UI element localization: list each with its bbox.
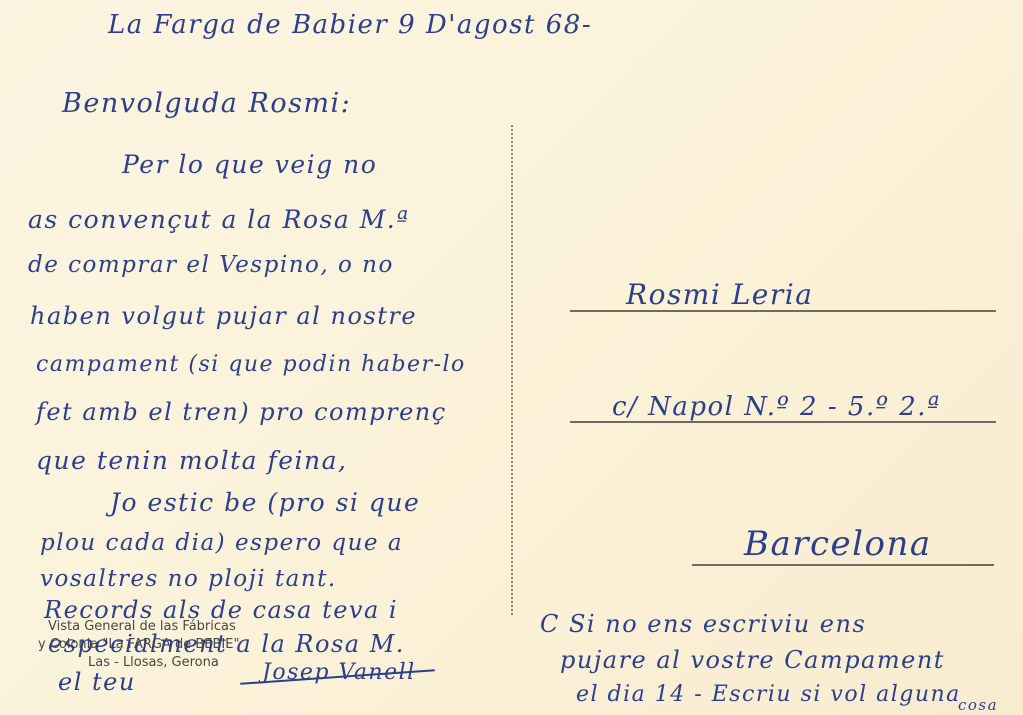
- address-street: c/ Napol N.º 2 - 5.º 2.ª: [612, 392, 941, 422]
- place-date: La Farga de Babier 9 D'agost 68-: [108, 10, 592, 40]
- body-line: que tenin molta feina,: [36, 446, 347, 475]
- postscript-line: pujare al vostre Campament: [560, 646, 945, 674]
- postscript-line: C Si no ens escriviu ens: [540, 610, 866, 638]
- address-line-1: [570, 310, 996, 312]
- body-line: plou cada dia) espero que a: [40, 530, 403, 556]
- address-city: Barcelona: [744, 524, 932, 564]
- body-line: Per lo que veig no: [122, 150, 377, 179]
- caption-line-1: Vista General de las Fábricas: [38, 618, 298, 636]
- address-name: Rosmi Leria: [626, 278, 813, 311]
- body-line: el teu: [58, 668, 136, 696]
- address-line-3: [692, 564, 994, 566]
- body-line: as convençut a la Rosa M.ª: [28, 205, 410, 234]
- body-line: Jo estic be (pro si que: [110, 488, 420, 517]
- postscript-line: el dia 14 - Escriu si vol alguna: [576, 682, 961, 707]
- body-line: haben volgut pujar al nostre: [30, 302, 417, 330]
- postcard-back: La Farga de Babier 9 D'agost 68- Benvolg…: [0, 0, 1023, 715]
- printed-caption: Vista General de las Fábricas y Colonia …: [38, 618, 298, 672]
- caption-line-2: y Colonia "La FARGA de BEBIE": [38, 636, 298, 654]
- body-line: de comprar el Vespino, o no: [28, 252, 394, 278]
- body-line: campament (si que podin haber-lo: [36, 352, 466, 377]
- greeting: Benvolguda Rosmi:: [62, 88, 351, 119]
- caption-line-3: Las - Llosas, Gerona: [38, 654, 298, 672]
- address-divider: [511, 125, 513, 615]
- body-line: fet amb el tren) pro comprenç: [36, 398, 447, 426]
- postscript-line: cosa: [958, 696, 998, 714]
- address-line-2: [570, 421, 996, 423]
- body-line: vosaltres no ploji tant.: [40, 566, 337, 592]
